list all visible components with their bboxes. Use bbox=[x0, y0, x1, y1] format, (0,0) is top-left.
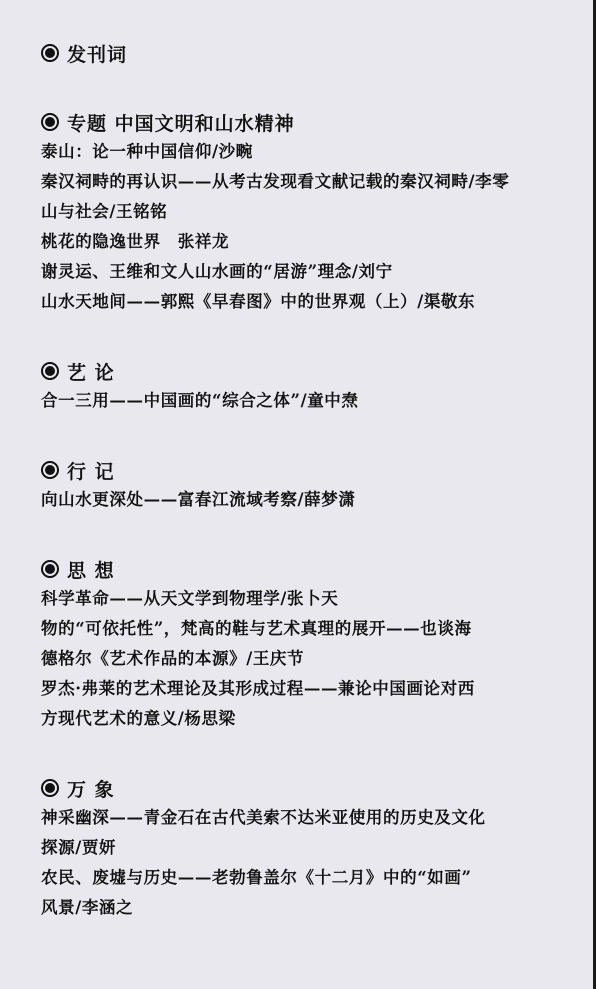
section-heading-label: 万 象 bbox=[67, 775, 115, 802]
article-entry[interactable]: 山水天地间——郭熙《早春图》中的世界观（上）/渠敬东 bbox=[41, 287, 571, 317]
article-entry-continuation[interactable]: 风景/李涵之 bbox=[41, 893, 571, 923]
section-heading[interactable]: 专题 中国文明和山水精神 bbox=[41, 107, 571, 137]
section-panorama: 万 象 神采幽深——青金石在古代美索不达米亚使用的历史及文化 探源/贾妍 农民、… bbox=[41, 773, 571, 923]
section-heading-label: 发刊词 bbox=[67, 40, 127, 67]
article-entry[interactable]: 神采幽深——青金石在古代美索不达米亚使用的历史及文化 bbox=[41, 803, 571, 833]
article-entry[interactable]: 罗杰·弗莱的艺术理论及其形成过程——兼论中国画论对西 bbox=[41, 674, 571, 704]
article-entry[interactable]: 桃花的隐逸世界 张祥龙 bbox=[41, 227, 571, 257]
fisheye-bullet-icon bbox=[41, 461, 59, 479]
article-entry[interactable]: 向山水更深处——富春江流域考察/薛梦潇 bbox=[41, 485, 571, 515]
section-special-topic: 专题 中国文明和山水精神 泰山：论一种中国信仰/沙畹 秦汉祠畤的再认识——从考古… bbox=[41, 107, 571, 317]
article-entry-continuation[interactable]: 探源/贾妍 bbox=[41, 833, 571, 863]
section-heading-label: 艺 论 bbox=[67, 358, 115, 385]
section-heading[interactable]: 发刊词 bbox=[41, 38, 571, 68]
fisheye-bullet-icon bbox=[41, 779, 59, 797]
section-foreword: 发刊词 bbox=[41, 38, 571, 68]
section-heading[interactable]: 思 想 bbox=[41, 554, 571, 584]
article-entry[interactable]: 物的“可依托性”，梵高的鞋与艺术真理的展开——也谈海 bbox=[41, 614, 571, 644]
section-heading[interactable]: 艺 论 bbox=[41, 356, 571, 386]
article-entry[interactable]: 泰山：论一种中国信仰/沙畹 bbox=[41, 137, 571, 167]
section-art-theory: 艺 论 合一三用——中国画的“综合之体”/童中焘 bbox=[41, 356, 571, 416]
article-entry[interactable]: 秦汉祠畤的再认识——从考古发现看文献记载的秦汉祠畤/李零 bbox=[41, 167, 571, 197]
article-entry[interactable]: 谢灵运、王维和文人山水画的“居游”理念/刘宁 bbox=[41, 257, 571, 287]
article-entry-continuation[interactable]: 方现代艺术的意义/杨思梁 bbox=[41, 704, 571, 734]
fisheye-bullet-icon bbox=[41, 113, 59, 131]
fisheye-bullet-icon bbox=[41, 44, 59, 62]
article-entry[interactable]: 农民、废墟与历史——老勃鲁盖尔《十二月》中的“如画” bbox=[41, 863, 571, 893]
section-heading[interactable]: 万 象 bbox=[41, 773, 571, 803]
table-of-contents: 发刊词 专题 中国文明和山水精神 泰山：论一种中国信仰/沙畹 秦汉祠畤的再认识—… bbox=[41, 38, 571, 923]
article-entry[interactable]: 科学革命——从天文学到物理学/张卜天 bbox=[41, 584, 571, 614]
section-heading-label: 行 记 bbox=[67, 457, 115, 484]
section-travel-notes: 行 记 向山水更深处——富春江流域考察/薛梦潇 bbox=[41, 455, 571, 515]
section-heading[interactable]: 行 记 bbox=[41, 455, 571, 485]
fisheye-bullet-icon bbox=[41, 560, 59, 578]
fisheye-bullet-icon bbox=[41, 362, 59, 380]
article-entry[interactable]: 合一三用——中国画的“综合之体”/童中焘 bbox=[41, 386, 571, 416]
section-heading-label: 思 想 bbox=[67, 556, 115, 583]
section-heading-label: 专题 中国文明和山水精神 bbox=[67, 109, 295, 136]
section-thought: 思 想 科学革命——从天文学到物理学/张卜天 物的“可依托性”，梵高的鞋与艺术真… bbox=[41, 554, 571, 734]
article-entry[interactable]: 山与社会/王铭铭 bbox=[41, 197, 571, 227]
article-entry-continuation[interactable]: 德格尔《艺术作品的本源》/王庆节 bbox=[41, 644, 571, 674]
